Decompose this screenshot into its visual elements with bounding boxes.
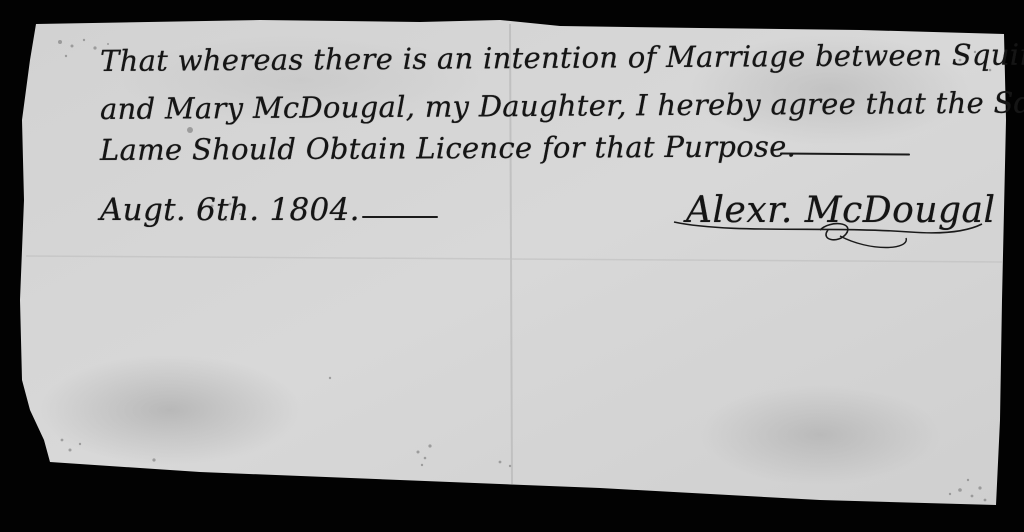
- letter-line-2: and Mary McDougal, my Daughter, I hereby…: [100, 85, 1024, 126]
- signature-flourish-icon: [670, 200, 990, 260]
- letter-line-3: Lame Should Obtain Licence for that Purp…: [100, 129, 796, 167]
- date-dash: [362, 216, 438, 218]
- paper-sheet: [0, 0, 1024, 532]
- letter-line-1: That whereas there is an intention of Ma…: [100, 37, 1024, 78]
- letter-date: Augt. 6th. 1804.: [100, 192, 360, 228]
- document-viewer: That whereas there is an intention of Ma…: [0, 0, 1024, 532]
